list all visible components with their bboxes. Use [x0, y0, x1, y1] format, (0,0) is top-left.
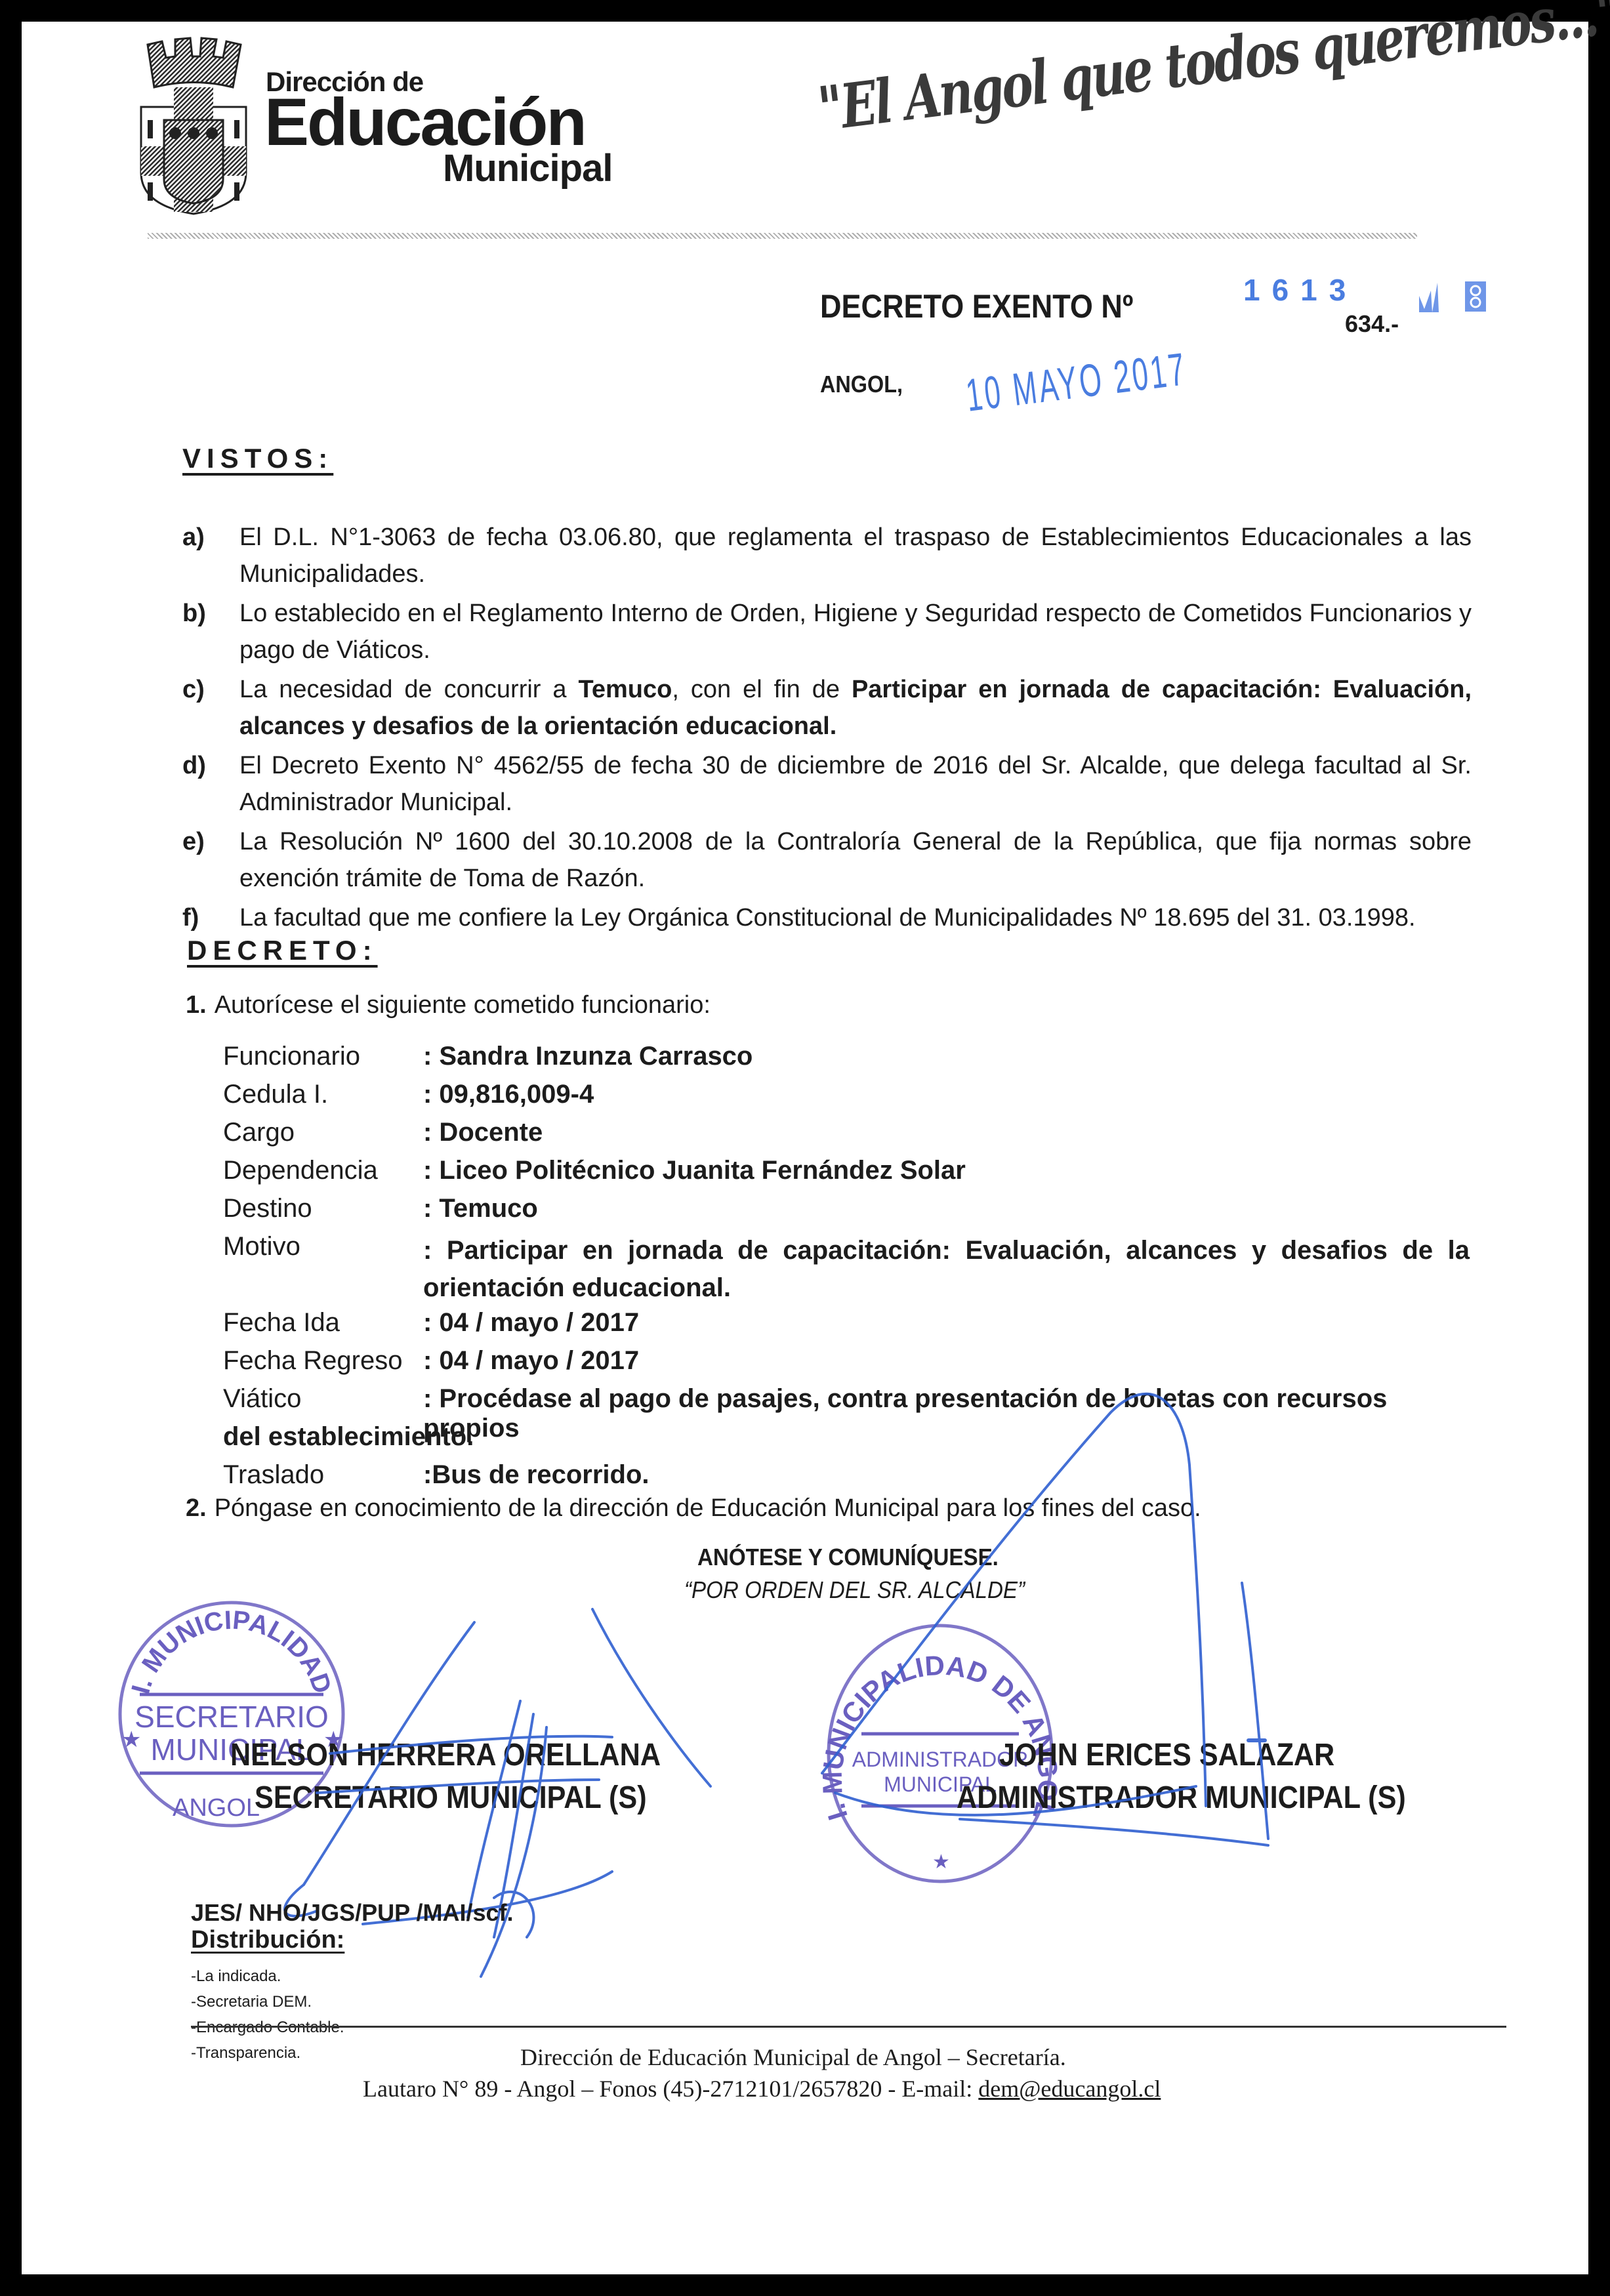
item-label: b)	[182, 595, 206, 632]
by-order-of-mayor: “POR ORDEN DEL SR. ALCALDE”	[684, 1576, 1025, 1604]
field-value: : Temuco	[423, 1194, 538, 1223]
field-label: Funcionario	[223, 1042, 360, 1071]
field-label: Motivo	[223, 1232, 300, 1261]
svg-text:★: ★	[121, 1727, 141, 1752]
item-bold-destination: Temuco	[578, 676, 672, 703]
vistos-item: b) Lo establecido en el Reglamento Inter…	[182, 595, 1472, 668]
item-label: c)	[182, 671, 205, 708]
item-text: Lo establecido en el Reglamento Interno …	[239, 600, 1472, 664]
field-value: : Docente	[423, 1118, 543, 1147]
item-label: f)	[182, 899, 199, 936]
signer-1-name: NELSON HERRERA ORELLANA	[230, 1737, 661, 1773]
field-label: Dependencia	[223, 1156, 378, 1185]
date-stamp: 10 MAYO 2017	[963, 342, 1189, 422]
vistos-item: c) La necesidad de concurrir a Temuco, c…	[182, 671, 1472, 745]
decreto-heading: DECRETO:	[187, 935, 378, 966]
motto: "El Angol que todos queremos..."	[814, 0, 1610, 145]
item-text: El D.L. N°1-3063 de fecha 03.06.80, que …	[239, 523, 1472, 588]
vistos-item: a) El D.L. N°1-3063 de fecha 03.06.80, q…	[182, 519, 1472, 592]
signer-2-name: JOHN ERICES SALAZAR	[999, 1737, 1334, 1773]
org-name-line3: Municipal	[443, 146, 612, 190]
footer-address: Lautaro N° 89 - Angol – Fonos (45)-27121…	[363, 2076, 978, 2102]
document-page: Dirección de Educación Municipal "El Ang…	[22, 22, 1588, 2274]
item-text: La necesidad de concurrir a	[239, 676, 578, 703]
footer-email-link[interactable]: dem@educangol.cl	[978, 2076, 1161, 2102]
field-value: : Liceo Politécnico Juanita Fernández So…	[423, 1156, 966, 1185]
point-text: Autorícese el siguiente cometido funcion…	[215, 991, 711, 1019]
distribution-heading: Distribución:	[191, 1926, 344, 1954]
stamp-mark-icon	[1413, 276, 1491, 316]
point-text: Póngase en conocimiento de la dirección …	[215, 1494, 1201, 1522]
item-text: El Decreto Exento N° 4562/55 de fecha 30…	[239, 752, 1472, 816]
decree-title: DECRETO EXENTO Nº	[820, 287, 1133, 325]
footer-separator	[191, 2026, 1506, 2028]
org-name-line2: Educación	[264, 89, 585, 155]
distribution-list: -La indicada. -Secretaria DEM. -Encargad…	[191, 1963, 344, 2066]
svg-text:★: ★	[932, 1851, 950, 1873]
field-label: Destino	[223, 1194, 312, 1223]
item-text: La Resolución Nº 1600 del 30.10.2008 de …	[239, 828, 1472, 892]
footer-org: Dirección de Educación Municipal de Ango…	[520, 2043, 1066, 2071]
point-2: 2.Póngase en conocimiento de la direcció…	[186, 1494, 1201, 1523]
field-value: : 04 / mayo / 2017	[423, 1308, 639, 1338]
field-label: Viático	[223, 1384, 301, 1414]
closing-formula: ANÓTESE Y COMUNÍQUESE.	[697, 1544, 999, 1571]
distribution-item: -Secretaria DEM.	[191, 1989, 344, 2015]
decree-number: 634.-	[1345, 310, 1399, 338]
field-label: Cargo	[223, 1118, 295, 1147]
field-value: : Sandra Inzunza Carrasco	[423, 1042, 753, 1071]
item-text: La facultad que me confiere la Ley Orgán…	[239, 904, 1416, 932]
vistos-list: a) El D.L. N°1-3063 de fecha 03.06.80, q…	[182, 519, 1472, 939]
vistos-item: f) La facultad que me confiere la Ley Or…	[182, 899, 1472, 936]
item-label: d)	[182, 747, 206, 784]
field-value: : Participar en jornada de capacitación:…	[423, 1232, 1470, 1307]
item-label: a)	[182, 519, 205, 556]
vistos-item: e) La Resolución Nº 1600 del 30.10.2008 …	[182, 823, 1472, 897]
svg-text:ANGOL: ANGOL	[173, 1794, 260, 1822]
vistos-heading: VISTOS:	[182, 443, 333, 474]
field-label: Fecha Ida	[223, 1308, 340, 1338]
reference-initials: JES/ NHO/JGS/PUP /MAI/scf.	[191, 1899, 513, 1927]
coat-of-arms-icon	[134, 31, 253, 215]
point-1: 1.Autorícese el siguiente cometido funci…	[186, 991, 711, 1019]
field-label: Fecha Regreso	[223, 1346, 402, 1376]
distribution-item: -La indicada.	[191, 1963, 344, 1989]
field-value-continuation: del establecimiento.	[223, 1422, 474, 1452]
svg-text:I. MUNICIPALIDAD: I. MUNICIPALIDAD	[126, 1606, 337, 1697]
field-value: : 09,816,009-4	[423, 1080, 594, 1109]
field-value: : 04 / mayo / 2017	[423, 1346, 639, 1376]
point-number: 1.	[186, 991, 207, 1019]
svg-text:SECRETARIO: SECRETARIO	[134, 1700, 329, 1734]
field-label: Traslado	[223, 1460, 324, 1490]
field-value: : Procédase al pago de pasajes, contra p…	[423, 1384, 1470, 1443]
footer-contact: Lautaro N° 89 - Angol – Fonos (45)-27121…	[363, 2075, 1161, 2102]
signer-1-role: SECRETARIO MUNICIPAL (S)	[255, 1780, 647, 1816]
field-value: :Bus de recorrido.	[423, 1460, 650, 1490]
vistos-item: d) El Decreto Exento N° 4562/55 de fecha…	[182, 747, 1472, 821]
place: ANGOL,	[820, 371, 903, 398]
header-separator	[148, 233, 1417, 239]
field-label: Cedula I.	[223, 1080, 328, 1109]
point-number: 2.	[186, 1494, 207, 1522]
decree-stamp-number: 1613	[1243, 272, 1357, 308]
item-label: e)	[182, 823, 205, 860]
distribution-item: -Transparencia.	[191, 2040, 344, 2066]
item-text: , con el fin de	[672, 676, 852, 703]
signer-2-role: ADMINISTRADOR MUNICIPAL (S)	[957, 1780, 1406, 1816]
